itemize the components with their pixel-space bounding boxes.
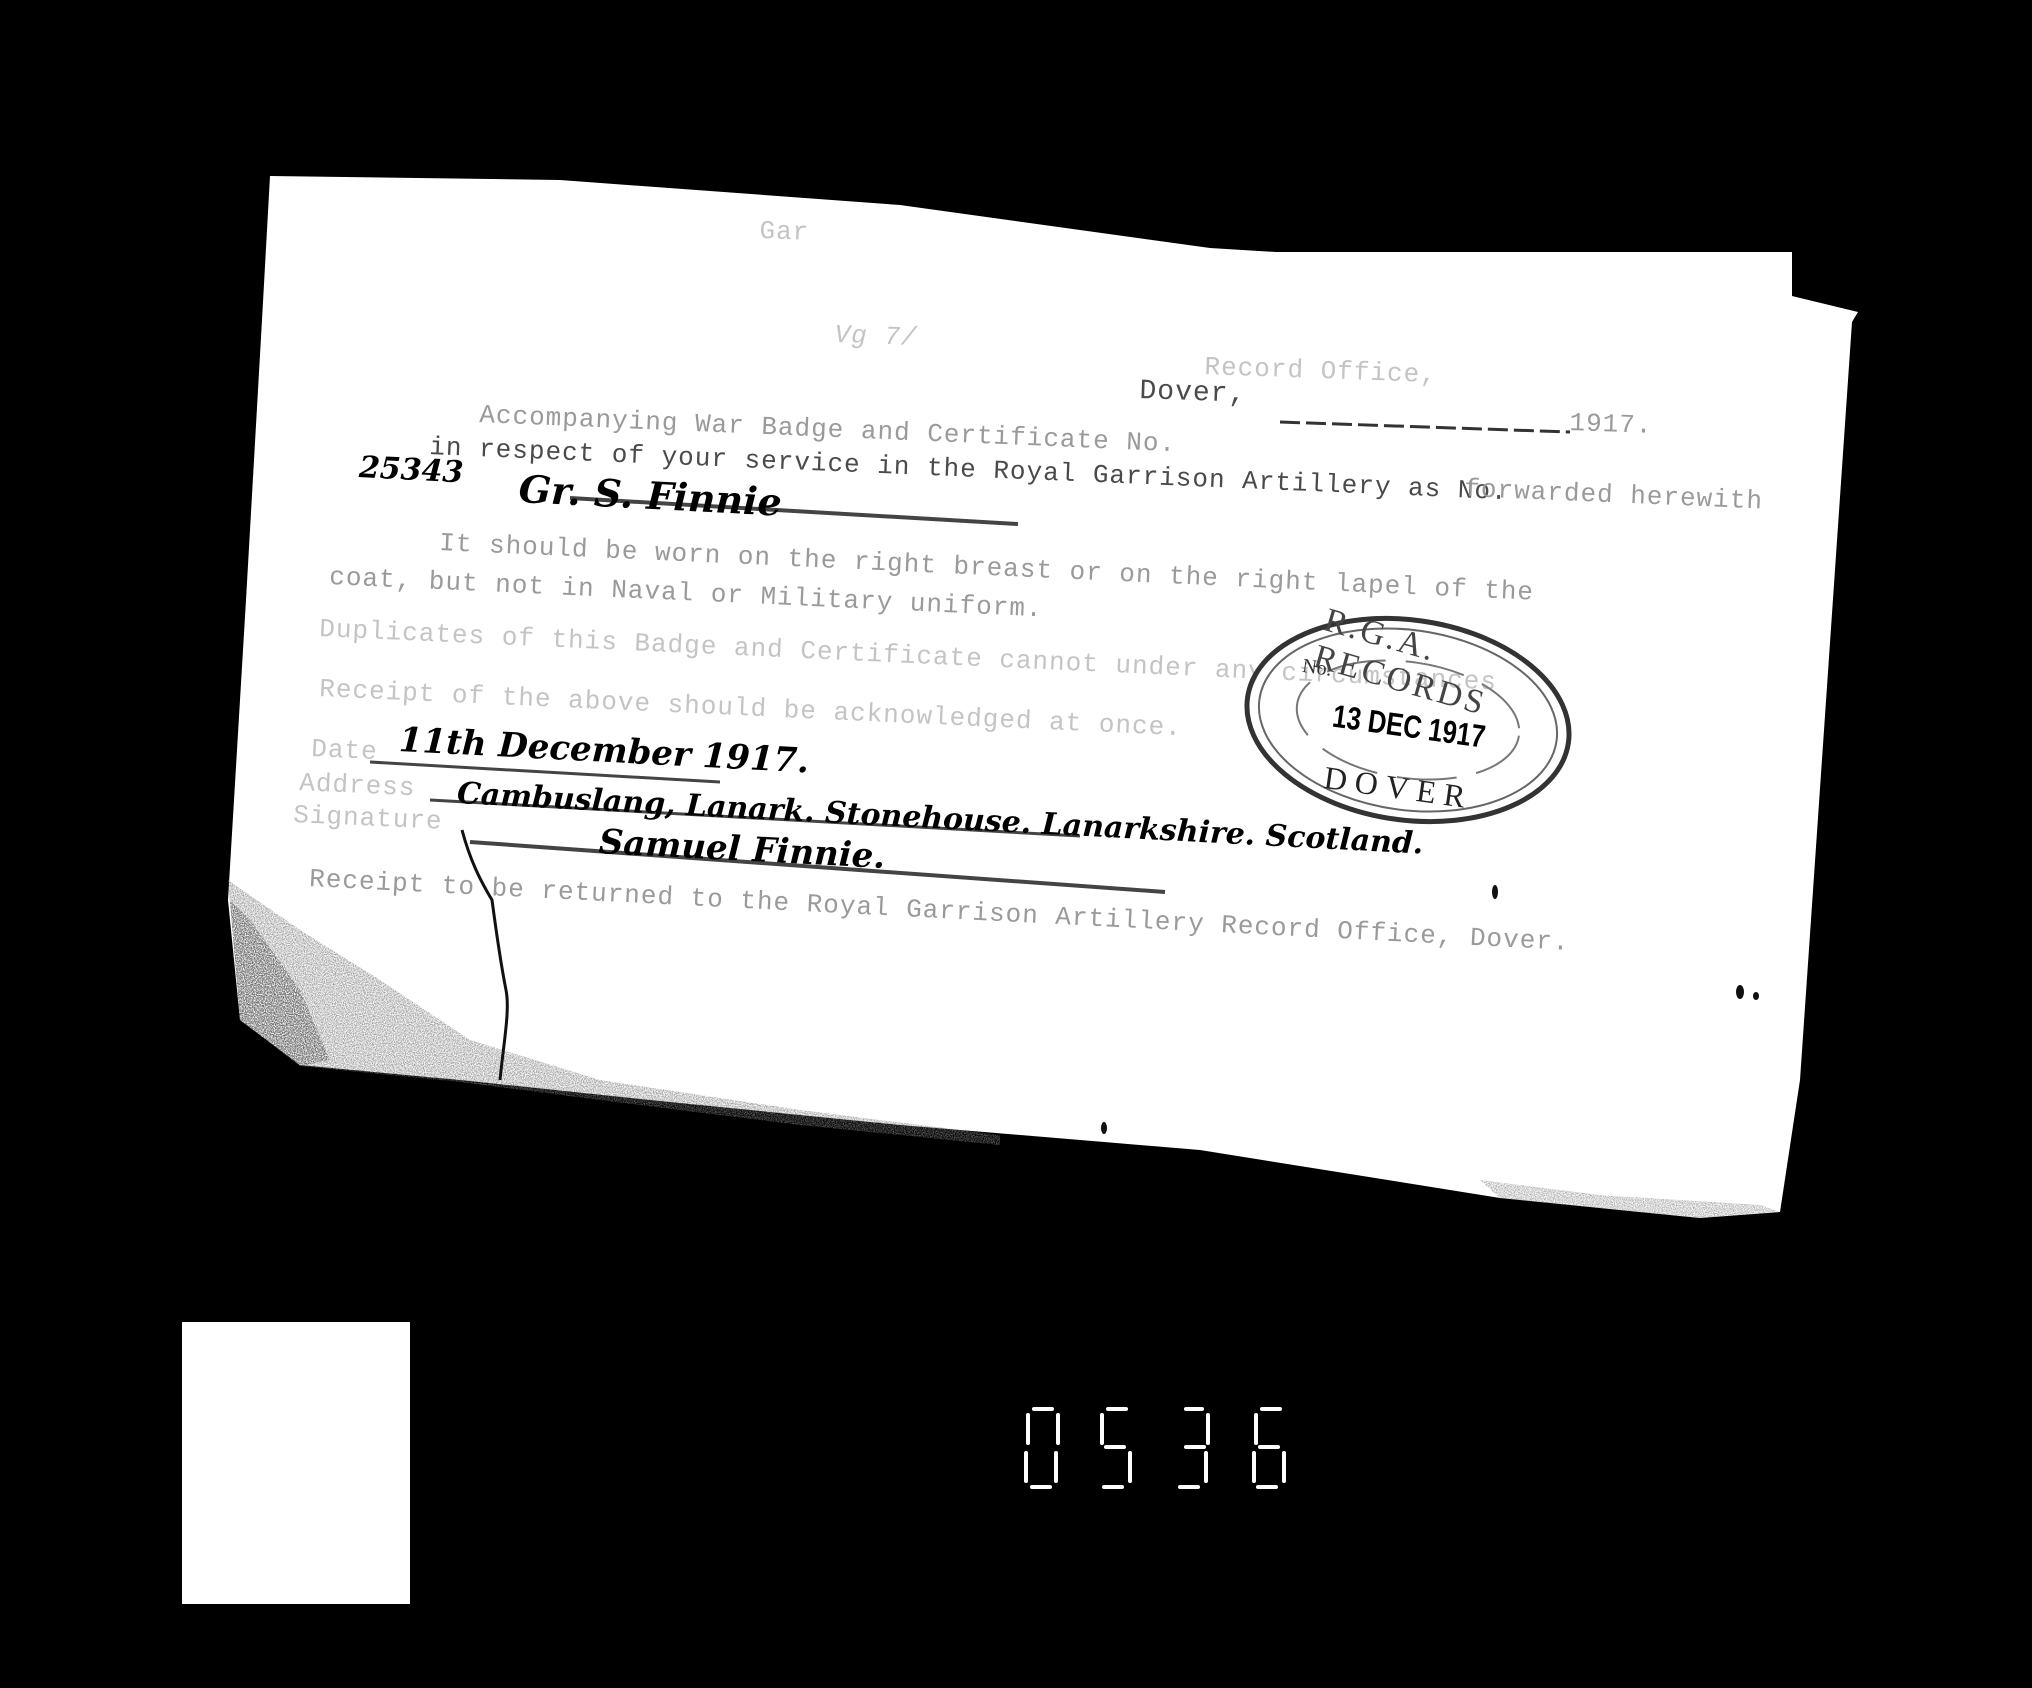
footer-return-instruction: Receipt to be returned to the Royal Garr… [308,864,1570,958]
year-text: 1917. [1569,408,1653,441]
reference-handwritten-faint: Vg 7/ [834,320,918,353]
handwritten-date: 11th December 1917. [398,720,810,781]
header-faint-text: Gar [759,216,810,248]
film-blank-card [182,1322,410,1604]
place-dover: Dover, [1139,376,1247,411]
label-date: Date [311,734,379,767]
frame-number-display: 0536 [1022,1405,1312,1500]
label-address: Address [299,768,416,803]
handwritten-service-number: 25343 [358,450,464,490]
seven-segment-frame-number-icon [1022,1405,1312,1495]
forwarded-fragment: forwarded herewith [1464,474,1764,516]
stamp-number-label: No. [1301,655,1333,682]
record-office-stamp: R.G.A. RECORDS No. 13 DEC 1917 DOVER [1224,587,1591,852]
label-signature: Signature [293,800,444,837]
